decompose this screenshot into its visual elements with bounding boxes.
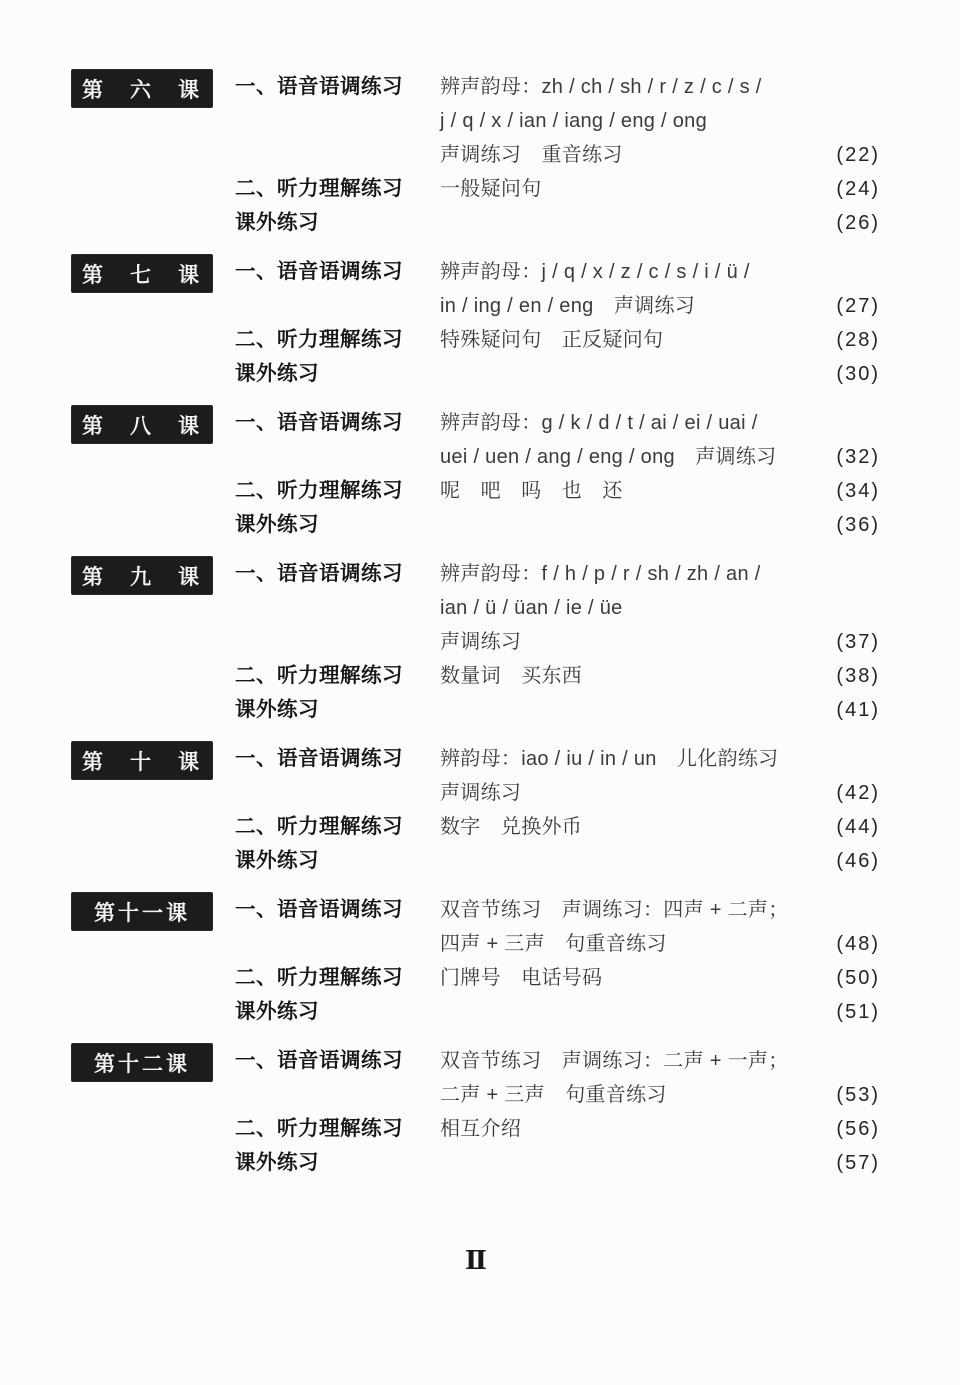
row-content	[440, 844, 880, 878]
lesson-7-badge: 第 七 课	[72, 255, 212, 292]
lesson-6-badge: 第 六 课	[72, 70, 212, 107]
page-ref: (32)	[836, 440, 880, 474]
page-ref: (22)	[836, 138, 880, 172]
toc-row: 二、听力理解练习 呢 吧 吗 也 还 (34)	[235, 474, 880, 508]
row-content: 呢 吧 吗 也 还	[440, 474, 880, 508]
lesson-11-rows: 一、语音语调练习 双音节练习 声调练习：四声 + 二声； 四声 + 三声 句重音…	[235, 893, 880, 1029]
page-ref: (37)	[836, 625, 880, 659]
page-ref: (44)	[836, 810, 880, 844]
content-line: 声调练习	[440, 625, 880, 659]
row-label: 课外练习	[235, 1146, 440, 1180]
toc-row: 课外练习 (30)	[235, 357, 880, 391]
lesson-8-badge: 第 八 课	[72, 406, 212, 443]
toc-row: 课外练习 (57)	[235, 1146, 880, 1180]
toc-row: 二、听力理解练习 门牌号 电话号码 (50)	[235, 961, 880, 995]
row-content: 相互介绍	[440, 1112, 880, 1146]
content-line: 呢 吧 吗 也 还	[440, 474, 880, 508]
content-line: 数量词 买东西	[440, 659, 880, 693]
row-content: 特殊疑问句 正反疑问句	[440, 323, 880, 357]
row-label: 一、语音语调练习	[235, 70, 440, 172]
lesson-11-badge: 第十一课	[72, 893, 212, 930]
lesson-10-rows: 一、语音语调练习 辨韵母：iao / iu / in / un 儿化韵练习 声调…	[235, 742, 880, 878]
lesson-9-section: 第 九 课 一、语音语调练习 辨声韵母：f / h / p / r / sh /…	[72, 557, 880, 727]
toc-row: 二、听力理解练习 数量词 买东西 (38)	[235, 659, 880, 693]
content-line: 一般疑问句	[440, 172, 880, 206]
page-ref: (50)	[836, 961, 880, 995]
page-ref: (51)	[836, 995, 880, 1029]
lesson-9-rows: 一、语音语调练习 辨声韵母：f / h / p / r / sh / zh / …	[235, 557, 880, 727]
row-label: 课外练习	[235, 844, 440, 878]
row-label: 课外练习	[235, 357, 440, 391]
row-content: 辨韵母：iao / iu / in / un 儿化韵练习 声调练习	[440, 742, 880, 810]
content-line: 门牌号 电话号码	[440, 961, 880, 995]
toc-row: 课外练习 (36)	[235, 508, 880, 542]
row-content	[440, 1146, 880, 1180]
page-ref: (27)	[836, 289, 880, 323]
row-label: 课外练习	[235, 693, 440, 727]
row-label: 课外练习	[235, 508, 440, 542]
row-label: 二、听力理解练习	[235, 172, 440, 206]
page-ref: (34)	[836, 474, 880, 508]
lesson-8-section: 第 八 课 一、语音语调练习 辨声韵母：g / k / d / t / ai /…	[72, 406, 880, 542]
content-line: 声调练习	[440, 776, 880, 810]
row-label: 二、听力理解练习	[235, 323, 440, 357]
lesson-7-section: 第 七 课 一、语音语调练习 辨声韵母：j / q / x / z / c / …	[72, 255, 880, 391]
toc-row: 二、听力理解练习 数字 兑换外币 (44)	[235, 810, 880, 844]
page-ref: (24)	[836, 172, 880, 206]
content-line: 相互介绍	[440, 1112, 880, 1146]
toc-row: 一、语音语调练习 双音节练习 声调练习：四声 + 二声； 四声 + 三声 句重音…	[235, 893, 880, 961]
page-number: Ⅱ	[72, 1246, 880, 1276]
content-line: in / ing / en / eng 声调练习	[440, 289, 880, 323]
page-ref: (26)	[836, 206, 880, 240]
content-line: 特殊疑问句 正反疑问句	[440, 323, 880, 357]
content-line: 声调练习 重音练习	[440, 138, 880, 172]
content-line: 双音节练习 声调练习：二声 + 一声；	[440, 1044, 880, 1078]
content-line: 双音节练习 声调练习：四声 + 二声；	[440, 893, 880, 927]
page-ref: (53)	[836, 1078, 880, 1112]
row-label: 二、听力理解练习	[235, 474, 440, 508]
page-ref: (48)	[836, 927, 880, 961]
page-ref: (56)	[836, 1112, 880, 1146]
content-line: 辨声韵母：g / k / d / t / ai / ei / uai /	[440, 406, 880, 440]
lesson-8-rows: 一、语音语调练习 辨声韵母：g / k / d / t / ai / ei / …	[235, 406, 880, 542]
toc-row: 课外练习 (41)	[235, 693, 880, 727]
content-line: 辨声韵母：zh / ch / sh / r / z / c / s /	[440, 70, 880, 104]
row-content: 辨声韵母：j / q / x / z / c / s / i / ü / in …	[440, 255, 880, 323]
row-content: 双音节练习 声调练习：四声 + 二声； 四声 + 三声 句重音练习	[440, 893, 880, 961]
lesson-10-section: 第 十 课 一、语音语调练习 辨韵母：iao / iu / in / un 儿化…	[72, 742, 880, 878]
toc-row: 一、语音语调练习 辨声韵母：j / q / x / z / c / s / i …	[235, 255, 880, 323]
page-ref: (28)	[836, 323, 880, 357]
row-content: 双音节练习 声调练习：二声 + 一声； 二声 + 三声 句重音练习	[440, 1044, 880, 1112]
content-line: 数字 兑换外币	[440, 810, 880, 844]
lesson-7-rows: 一、语音语调练习 辨声韵母：j / q / x / z / c / s / i …	[235, 255, 880, 391]
row-content: 一般疑问句	[440, 172, 880, 206]
row-content: 辨声韵母：zh / ch / sh / r / z / c / s / j / …	[440, 70, 880, 172]
row-label: 一、语音语调练习	[235, 557, 440, 659]
toc-row: 一、语音语调练习 辨声韵母：f / h / p / r / sh / zh / …	[235, 557, 880, 659]
row-label: 二、听力理解练习	[235, 1112, 440, 1146]
content-line: 辨韵母：iao / iu / in / un 儿化韵练习	[440, 742, 880, 776]
toc-row: 一、语音语调练习 辨声韵母：zh / ch / sh / r / z / c /…	[235, 70, 880, 172]
row-content	[440, 357, 880, 391]
toc-row: 二、听力理解练习 相互介绍 (56)	[235, 1112, 880, 1146]
lesson-12-badge: 第十二课	[72, 1044, 212, 1081]
lesson-11-section: 第十一课 一、语音语调练习 双音节练习 声调练习：四声 + 二声； 四声 + 三…	[72, 893, 880, 1029]
lesson-12-rows: 一、语音语调练习 双音节练习 声调练习：二声 + 一声； 二声 + 三声 句重音…	[235, 1044, 880, 1180]
row-label: 二、听力理解练习	[235, 659, 440, 693]
row-label: 一、语音语调练习	[235, 1044, 440, 1112]
page-ref: (30)	[836, 357, 880, 391]
page-ref: (36)	[836, 508, 880, 542]
row-content	[440, 206, 880, 240]
row-label: 二、听力理解练习	[235, 961, 440, 995]
row-label: 课外练习	[235, 206, 440, 240]
toc-row: 一、语音语调练习 辨韵母：iao / iu / in / un 儿化韵练习 声调…	[235, 742, 880, 810]
row-label: 一、语音语调练习	[235, 742, 440, 810]
toc-row: 课外练习 (51)	[235, 995, 880, 1029]
toc-row: 一、语音语调练习 双音节练习 声调练习：二声 + 一声； 二声 + 三声 句重音…	[235, 1044, 880, 1112]
page-ref: (42)	[836, 776, 880, 810]
content-line: 二声 + 三声 句重音练习	[440, 1078, 880, 1112]
toc-row: 一、语音语调练习 辨声韵母：g / k / d / t / ai / ei / …	[235, 406, 880, 474]
page-ref: (46)	[836, 844, 880, 878]
toc-row: 课外练习 (46)	[235, 844, 880, 878]
row-label: 一、语音语调练习	[235, 893, 440, 961]
row-label: 一、语音语调练习	[235, 255, 440, 323]
row-label: 二、听力理解练习	[235, 810, 440, 844]
row-content: 辨声韵母：g / k / d / t / ai / ei / uai / uei…	[440, 406, 880, 474]
content-line: 四声 + 三声 句重音练习	[440, 927, 880, 961]
page-ref: (38)	[836, 659, 880, 693]
row-content	[440, 693, 880, 727]
lesson-9-badge: 第 九 课	[72, 557, 212, 594]
row-label: 一、语音语调练习	[235, 406, 440, 474]
lesson-10-badge: 第 十 课	[72, 742, 212, 779]
row-label: 课外练习	[235, 995, 440, 1029]
content-line: ian / ü / üan / ie / üe	[440, 591, 880, 625]
lesson-6-section: 第 六 课 一、语音语调练习 辨声韵母：zh / ch / sh / r / z…	[72, 70, 880, 240]
row-content	[440, 995, 880, 1029]
page-ref: (57)	[836, 1146, 880, 1180]
content-line: uei / uen / ang / eng / ong 声调练习	[440, 440, 880, 474]
row-content: 数量词 买东西	[440, 659, 880, 693]
toc-page: 第 六 课 一、语音语调练习 辨声韵母：zh / ch / sh / r / z…	[0, 0, 960, 1385]
content-line: j / q / x / ian / iang / eng / ong	[440, 104, 880, 138]
content-line: 辨声韵母：f / h / p / r / sh / zh / an /	[440, 557, 880, 591]
page-ref: (41)	[836, 693, 880, 727]
row-content: 辨声韵母：f / h / p / r / sh / zh / an / ian …	[440, 557, 880, 659]
content-line: 辨声韵母：j / q / x / z / c / s / i / ü /	[440, 255, 880, 289]
row-content: 数字 兑换外币	[440, 810, 880, 844]
row-content: 门牌号 电话号码	[440, 961, 880, 995]
toc-row: 二、听力理解练习 特殊疑问句 正反疑问句 (28)	[235, 323, 880, 357]
toc-row: 二、听力理解练习 一般疑问句 (24)	[235, 172, 880, 206]
row-content	[440, 508, 880, 542]
lesson-12-section: 第十二课 一、语音语调练习 双音节练习 声调练习：二声 + 一声； 二声 + 三…	[72, 1044, 880, 1180]
lesson-6-rows: 一、语音语调练习 辨声韵母：zh / ch / sh / r / z / c /…	[235, 70, 880, 240]
toc-row: 课外练习 (26)	[235, 206, 880, 240]
